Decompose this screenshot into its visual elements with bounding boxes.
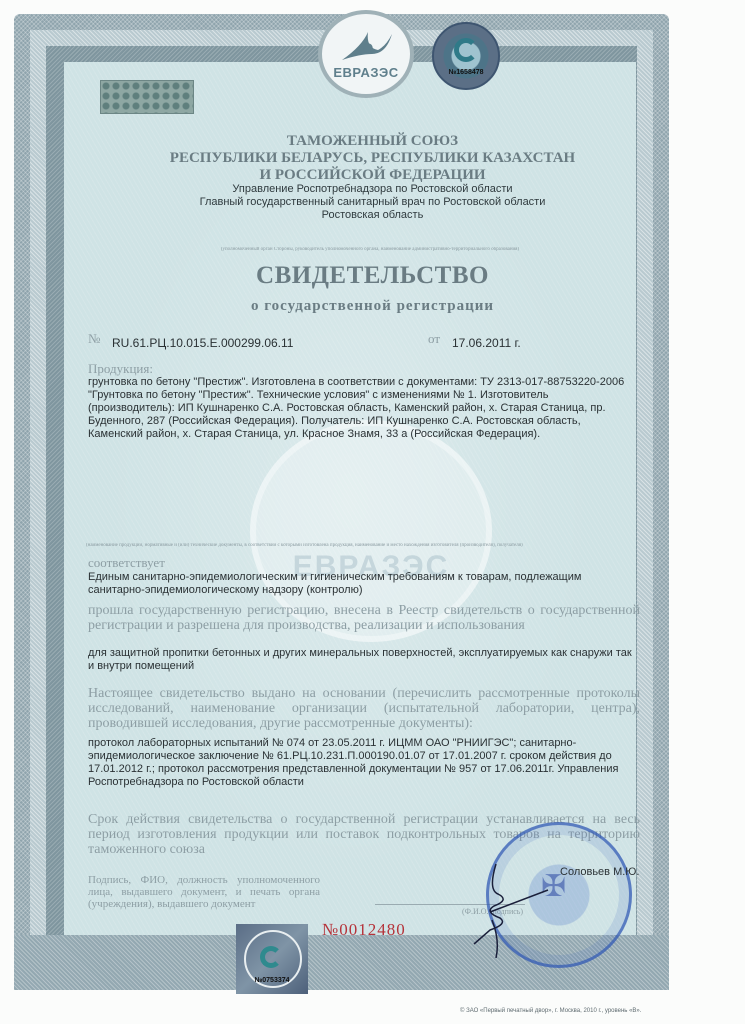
hologram-strip bbox=[100, 80, 194, 114]
union-line: И РОССИЙСКОЙ ФЕДЕРАЦИИ bbox=[90, 167, 655, 184]
signature-label: Подпись, ФИО, должность уполномоченного … bbox=[88, 874, 320, 910]
product-label: Продукция: bbox=[88, 362, 153, 376]
authority-line: Ростовская область bbox=[90, 209, 655, 222]
union-line: ТАМОЖЕННЫЙ СОЮЗ bbox=[90, 133, 655, 150]
signatory-name: Соловьев М.Ю. bbox=[560, 866, 639, 878]
number-label: № bbox=[88, 332, 100, 346]
union-title: ТАМОЖЕННЫЙ СОЮЗ РЕСПУБЛИКИ БЕЛАРУСЬ, РЕС… bbox=[90, 133, 655, 184]
hologram-number: №1658478 bbox=[434, 69, 498, 76]
basis-documents: протокол лабораторных испытаний № 074 от… bbox=[88, 737, 633, 789]
hologram-number: №0753374 bbox=[236, 977, 308, 984]
basis-text: Настоящее свидетельство выдано на основа… bbox=[88, 686, 640, 731]
issuing-authority: Управление Роспотребнадзора по Ростовско… bbox=[90, 183, 655, 222]
registration-usage: для защитной пропитки бетонных и других … bbox=[88, 647, 640, 673]
union-line: РЕСПУБЛИКИ БЕЛАРУСЬ, РЕСПУБЛИКИ КАЗАХСТА… bbox=[90, 150, 655, 167]
evrazes-logo: ЕВРАЗЭС bbox=[318, 10, 414, 98]
registration-text: прошла государственную регистрацию, внес… bbox=[88, 603, 640, 633]
form-serial-number: №0012480 bbox=[322, 920, 406, 940]
authority-line: Управление Роспотребнадзора по Ростовско… bbox=[90, 183, 655, 196]
authority-line: Главный государственный санитарный врач … bbox=[90, 196, 655, 209]
authority-caption: (уполномоченный орган Стороны, руководит… bbox=[135, 247, 605, 252]
hologram-c-icon bbox=[260, 946, 282, 968]
compliance-text: Единым санитарно-эпидемиологическим и ги… bbox=[88, 571, 598, 597]
compliance-label: соответствует bbox=[88, 556, 165, 570]
printer-copyright: © ЗАО «Первый печатный двор», г. Москва,… bbox=[460, 1008, 641, 1014]
certificate-date: 17.06.2011 г. bbox=[452, 337, 521, 350]
logo-text: ЕВРАЗЭС bbox=[333, 65, 398, 80]
handwritten-signature bbox=[470, 860, 550, 960]
product-caption: (наименование продукции, нормативные и (… bbox=[86, 543, 642, 548]
product-description: грунтовка по бетону "Престиж". Изготовле… bbox=[88, 376, 638, 441]
certificate-number: RU.61.РЦ.10.015.Е.000299.06.11 bbox=[112, 337, 293, 350]
date-label: от bbox=[428, 332, 440, 346]
evrazes-swoosh-icon bbox=[338, 28, 394, 64]
hologram-seal-top: №1658478 bbox=[432, 22, 500, 90]
document-title: СВИДЕТЕЛЬСТВО bbox=[90, 262, 655, 290]
document-subtitle: о государственной регистрации bbox=[90, 298, 655, 315]
hologram-c-icon bbox=[454, 38, 478, 62]
hologram-seal-bottom: №0753374 bbox=[236, 924, 308, 994]
